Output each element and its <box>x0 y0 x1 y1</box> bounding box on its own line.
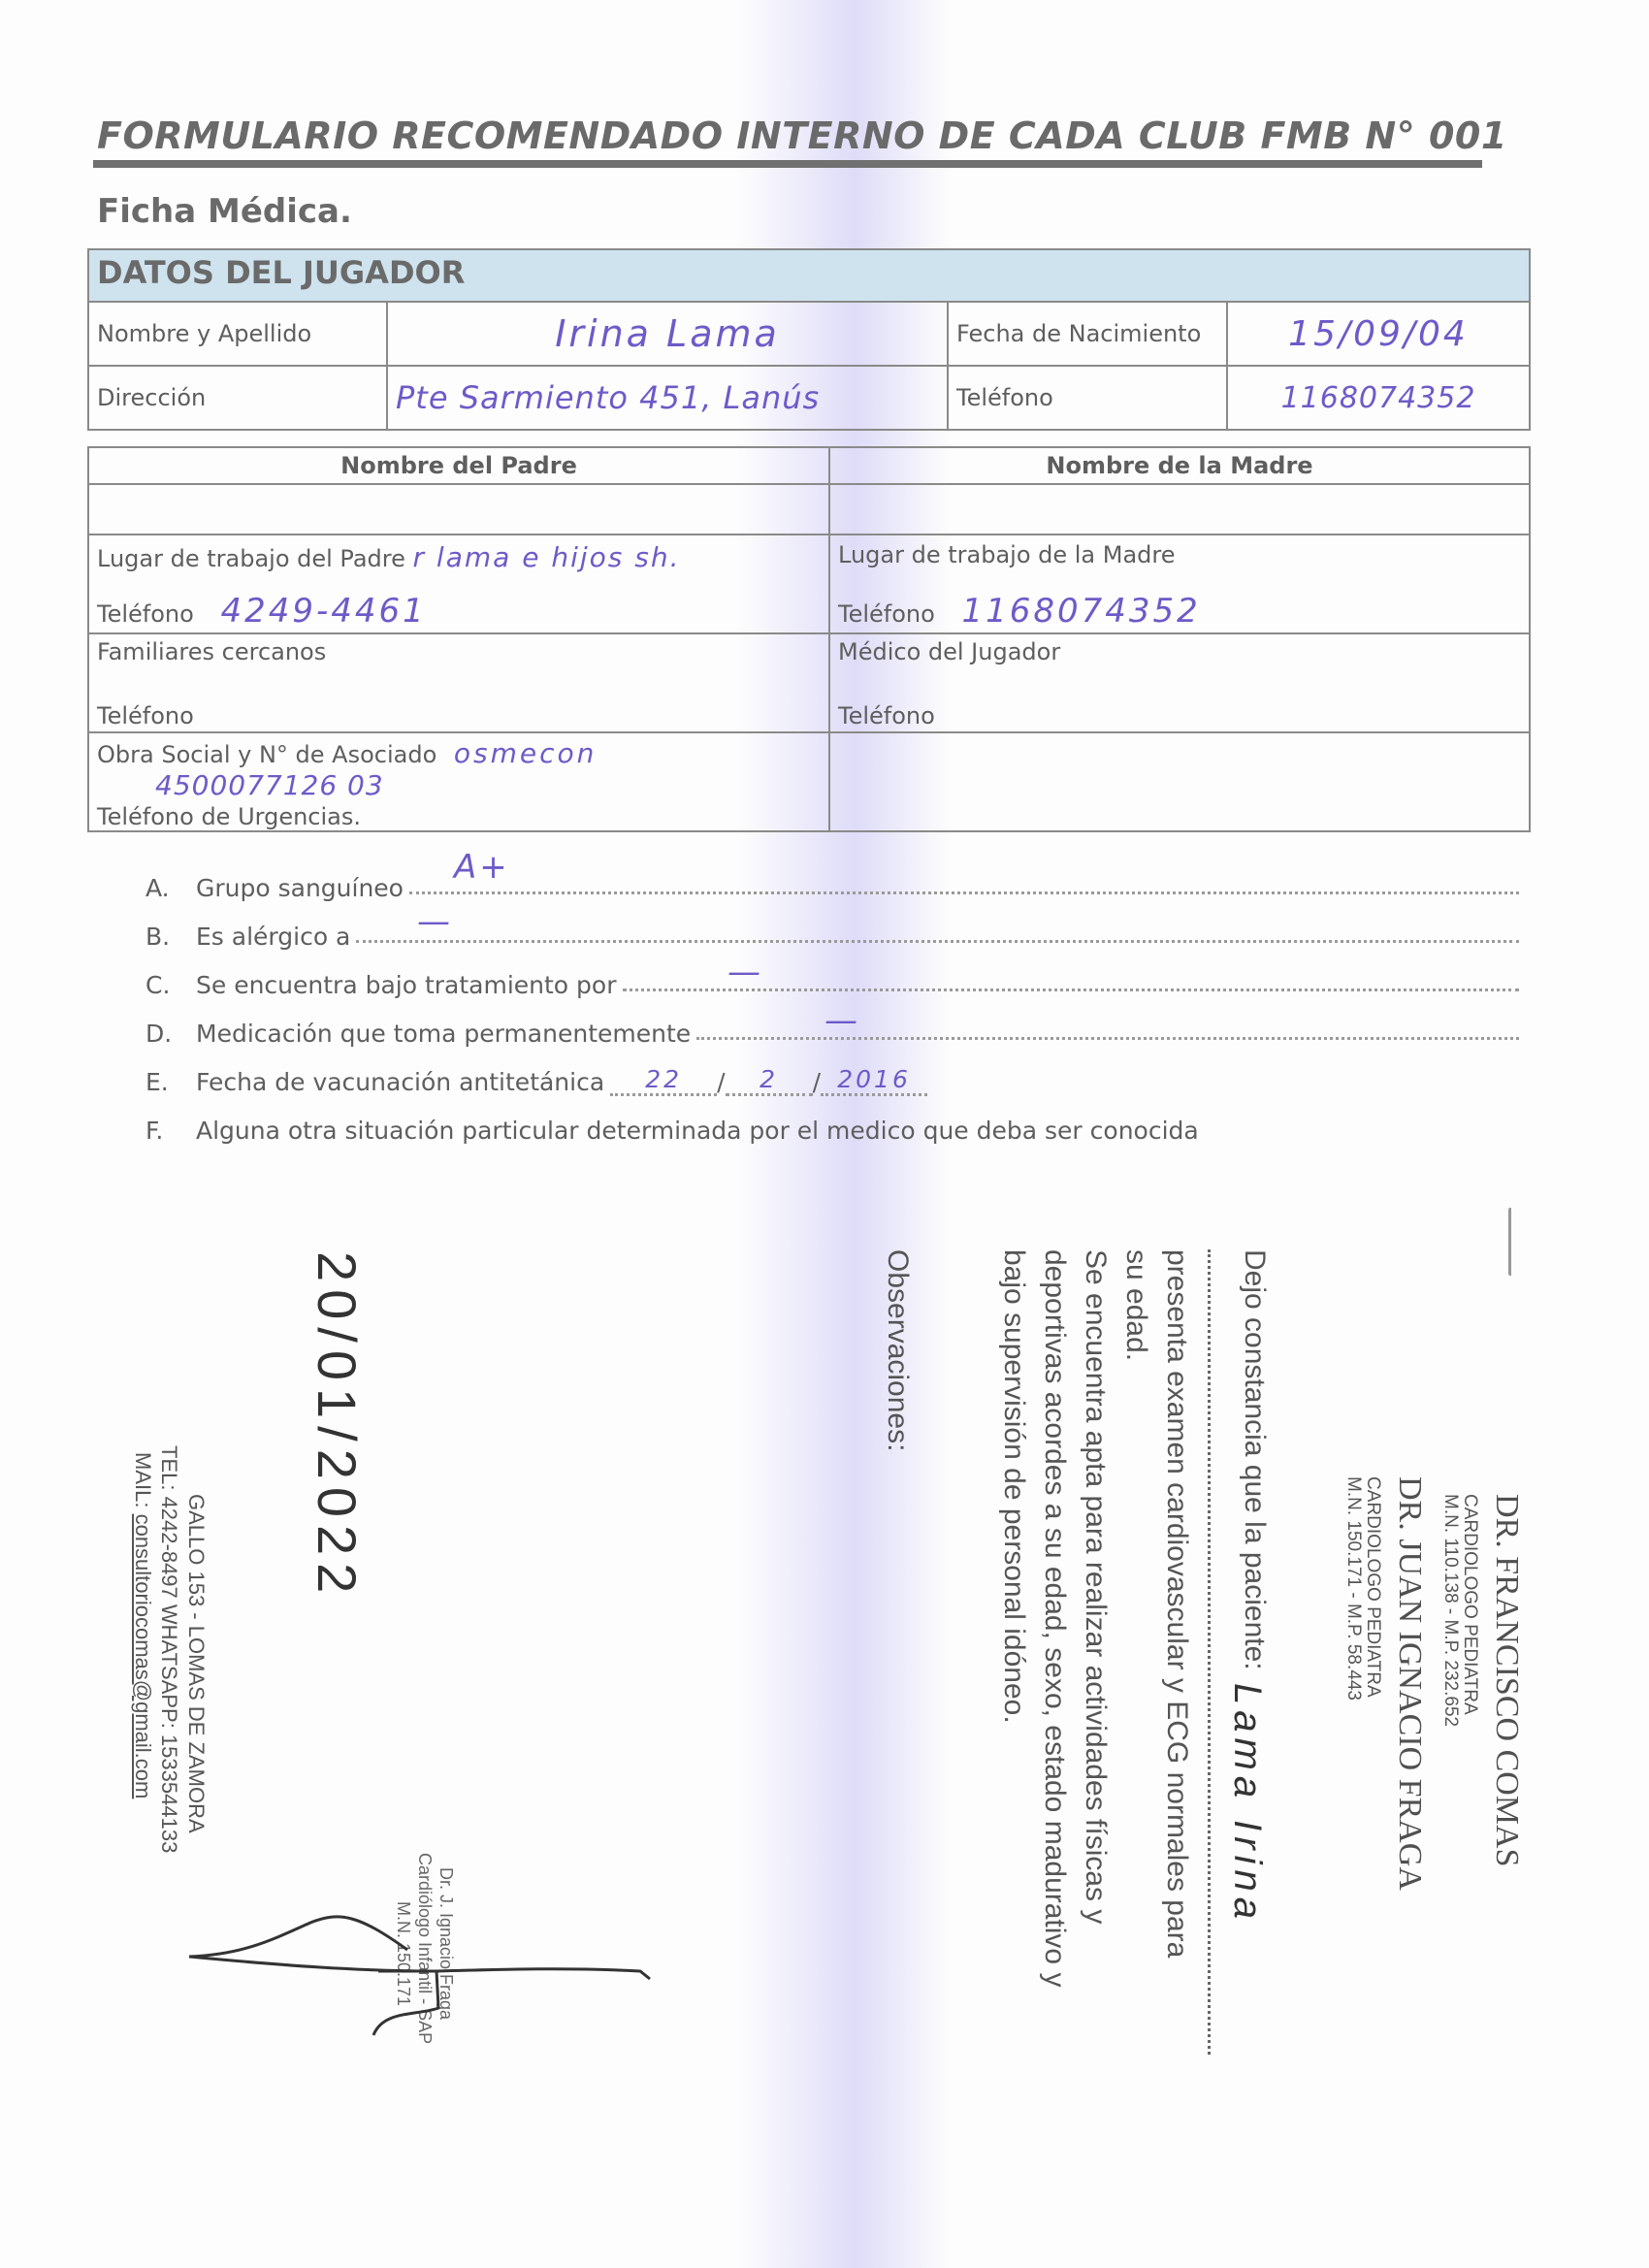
relatives-label: Familiares cercanos <box>97 638 821 665</box>
player-data-table: DATOS DEL JUGADOR Nombre y Apellido Irin… <box>87 248 1531 431</box>
form-title: FORMULARIO RECOMENDADO INTERNO DE CADA C… <box>97 114 1507 157</box>
father-work-label: Lugar de trabajo del Padre <box>97 545 405 572</box>
mother-name-field[interactable] <box>829 484 1530 535</box>
father-phone-label: Teléfono <box>97 600 194 628</box>
medication-value: — <box>824 1001 860 1040</box>
handwritten-date: 20/01/2022 <box>306 1251 369 1601</box>
blood-type-value: A+ <box>454 848 510 887</box>
item-label: Medicación que toma permanentemente <box>196 1020 691 1048</box>
doctor1-license: M.N. 110.138 - M.P. 232.652 <box>1439 1494 1461 1727</box>
mother-work-cell: Lugar de trabajo de la Madre Teléfono 11… <box>829 535 1530 633</box>
list-item-medication: D. Medicación que toma permanentemente — <box>145 999 1523 1048</box>
birth-label: Fecha de Nacimiento <box>948 302 1227 366</box>
doctor2-name: DR. JUAN IGNACIO FRAGA <box>1391 1476 1428 1891</box>
phone-label: Teléfono <box>948 366 1227 430</box>
section-heading: DATOS DEL JUGADOR <box>88 249 1530 302</box>
certificate-line3: su edad. <box>1119 1249 1152 1361</box>
patient-name-handwritten: Lama Irina <box>1225 1683 1269 1925</box>
empty-cell <box>829 732 1530 831</box>
observations-label: Observaciones: <box>881 1249 914 1451</box>
item-label: Alguna otra situación particular determi… <box>196 1117 1199 1145</box>
clinic-mail: MAIL: consultoriocomas@gmail.com <box>130 1452 155 1798</box>
list-item-treatment: C. Se encuentra bajo tratamiento por — <box>145 951 1523 999</box>
phone-value: 1168074352 <box>1281 381 1476 415</box>
father-work-value[interactable]: r lama e hijos sh. <box>413 541 681 573</box>
treatment-value: — <box>727 953 763 991</box>
patient-name-dotted-line <box>1208 1249 1211 2055</box>
list-item-other: F. Alguna otra situación particular dete… <box>145 1096 1523 1145</box>
allergies-value: — <box>417 902 453 941</box>
list-item-allergies: B. Es alérgico a — <box>145 902 1523 951</box>
doctor-signature <box>184 1901 669 2057</box>
name-field[interactable]: Irina Lama <box>387 302 948 366</box>
certificate-line2: presenta examen cardiovascular y ECG nor… <box>1160 1249 1193 1958</box>
certificate-line6: bajo supervisión de personal idóneo. <box>997 1249 1030 1724</box>
father-phone-value[interactable]: 4249-4461 <box>220 592 426 631</box>
clinic-phone: TEL: 4242-8497 WHATSAPP: 1533544133 <box>156 1445 181 1853</box>
mother-header: Nombre de la Madre <box>829 447 1530 484</box>
parents-table: Nombre del Padre Nombre de la Madre Luga… <box>87 446 1531 832</box>
tetanus-month: 2 <box>726 1065 813 1096</box>
title-divider <box>93 160 1482 168</box>
father-name-field[interactable] <box>88 484 829 535</box>
item-letter: B. <box>145 923 196 951</box>
insurance-label: Obra Social y N° de Asociado <box>97 741 436 768</box>
father-header: Nombre del Padre <box>88 447 829 484</box>
doctor2-license: M.N. 150.171 - M.P. 58.443 <box>1342 1476 1364 1701</box>
mother-phone-value[interactable]: 1168074352 <box>961 592 1200 631</box>
certificate-line5: deportivas acordes a su edad, sexo, esta… <box>1038 1249 1071 1987</box>
allergies-field[interactable] <box>356 939 1519 943</box>
relatives-cell: Familiares cercanos Teléfono <box>88 633 829 732</box>
mother-phone-label: Teléfono <box>838 600 935 628</box>
father-work-cell: Lugar de trabajo del Padre r lama e hijo… <box>88 535 829 633</box>
doctor1-name: DR. FRANCISCO COMAS <box>1488 1494 1525 1867</box>
item-label: Se encuentra bajo tratamiento por <box>196 971 617 999</box>
item-label: Es alérgico a <box>196 923 350 951</box>
phone-field[interactable]: 1168074352 <box>1227 366 1530 430</box>
name-value: Irina Lama <box>555 312 780 355</box>
tetanus-year: 2016 <box>821 1065 927 1096</box>
emergency-label: Teléfono de Urgencias. <box>97 803 361 830</box>
scan-mark <box>1508 1208 1515 1276</box>
address-field[interactable]: Pte Sarmiento 451, Lanús <box>387 366 948 430</box>
doctor1-title: CARDIOLOGO PEDIATRA <box>1459 1494 1480 1715</box>
item-label: Fecha de vacunación antitetánica <box>196 1068 604 1096</box>
medication-field[interactable] <box>696 1036 1519 1040</box>
doctor-label: Médico del Jugador <box>838 638 1521 665</box>
certificate-line1: Dejo constancia que la paciente: <box>1238 1249 1271 1670</box>
medical-items-list: A. Grupo sanguíneo A+ B. Es alérgico a —… <box>145 854 1523 1145</box>
item-letter: A. <box>145 874 196 902</box>
mail-link[interactable]: consultoriocomas@gmail.com <box>131 1514 155 1799</box>
birth-value: 15/09/04 <box>1288 314 1469 354</box>
list-item-blood-type: A. Grupo sanguíneo A+ <box>145 854 1523 902</box>
item-label: Grupo sanguíneo <box>196 874 404 902</box>
address-label: Dirección <box>88 366 387 430</box>
insurance-value[interactable]: osmecon <box>454 737 598 769</box>
blood-type-field[interactable] <box>409 891 1519 894</box>
doctor-cell: Médico del Jugador Teléfono <box>829 633 1530 732</box>
item-letter: D. <box>145 1020 196 1048</box>
list-item-tetanus-date: E. Fecha de vacunación antitetánica 22/ … <box>145 1048 1523 1096</box>
relatives-phone-label: Teléfono <box>97 702 194 729</box>
mail-label: MAIL: <box>131 1452 155 1514</box>
doctor-phone-label: Teléfono <box>838 702 935 729</box>
clinic-address: GALLO 153 - LOMAS DE ZAMORA <box>183 1494 209 1833</box>
birth-field[interactable]: 15/09/04 <box>1227 302 1530 366</box>
item-letter: F. <box>145 1117 196 1145</box>
item-letter: C. <box>145 971 196 999</box>
insurance-cell: Obra Social y N° de Asociado osmecon 450… <box>88 732 829 831</box>
page-title: Ficha Médica. <box>97 192 352 231</box>
insurance-number[interactable]: 4500077126 03 <box>155 769 821 801</box>
item-letter: E. <box>145 1068 196 1096</box>
tetanus-day: 22 <box>610 1065 717 1096</box>
address-value: Pte Sarmiento 451, Lanús <box>396 379 820 416</box>
tetanus-date-field[interactable]: 22/ 2/ 2016 <box>610 1065 927 1096</box>
certificate-line4: Se encuentra apta para realizar activida… <box>1079 1249 1112 1924</box>
name-label: Nombre y Apellido <box>88 302 387 366</box>
doctor2-title: CARDIOLOGO PEDIATRA <box>1362 1476 1383 1698</box>
mother-work-label: Lugar de trabajo de la Madre <box>838 541 1521 568</box>
